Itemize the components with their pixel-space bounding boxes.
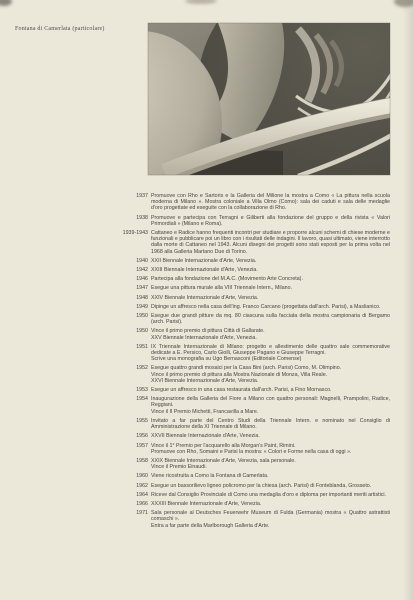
entry-paragraph: Cattaneo e Radice hanno frequenti incont… <box>151 230 390 255</box>
entry-text: XXVII Biennale Internazionale d'Arte, Ve… <box>151 433 390 439</box>
entry-year: 1939-1943 <box>117 230 151 255</box>
timeline-entry: 1955 Invitato a far parte del Centro Stu… <box>117 418 390 430</box>
entry-year: 1966 <box>117 501 151 507</box>
entry-paragraph: XXV Biennale Internazionale d'Arte, Vene… <box>151 335 390 341</box>
entry-year: 1949 <box>117 304 151 310</box>
entry-year: 1956 <box>117 433 151 439</box>
entry-year: 1953 <box>117 387 151 393</box>
timeline-entry: 1957 Vince il 1° Premio per l'acquarello… <box>117 443 390 455</box>
entry-paragraph: XXVI Biennale Internazionale d'Arte, Ven… <box>151 378 390 384</box>
entry-paragraph: Invitato a far parte del Centro Studi de… <box>151 418 390 430</box>
timeline-entry: 1964 Riceve dal Consiglio Provinciale di… <box>117 492 390 498</box>
timeline-entry: 1938 Promuove e partecipa con Terragni e… <box>117 215 390 227</box>
entry-paragraph: XXIV Biennale Internazionale d'Arte, Ven… <box>151 295 390 301</box>
scan-artifact <box>394 0 413 7</box>
entry-text: Dipinge un affresco nella casa dell'ing.… <box>151 304 390 310</box>
entry-year: 1960 <box>117 473 151 479</box>
entry-text: Promuove e partecipa con Terragni e Gili… <box>151 215 390 227</box>
entry-text: Esegue quattro grandi mosaici per la Cas… <box>151 365 390 384</box>
entry-text: Sala personale al Deutsches Feuerwehr Mu… <box>151 510 390 529</box>
timeline-entry: 1958 XXIX Biennale Internazionale d'Arte… <box>117 458 390 470</box>
entry-paragraph: Vince il II Premio Michetti, Francavilla… <box>151 409 390 415</box>
entry-text: Vince il 1° Premio per l'acquarello alla… <box>151 443 390 455</box>
page-edge-shadow <box>403 0 413 600</box>
timeline-entry: 1949 Dipinge un affresco nella casa dell… <box>117 304 390 310</box>
entry-text: XXIX Biennale Internazionale d'Arte, Ven… <box>151 458 390 470</box>
entry-paragraph: XXIII Biennale Internazionale d'Arte, Ve… <box>151 267 390 273</box>
entry-paragraph: Promuove con Rho e Sartoris e la Galleri… <box>151 193 390 212</box>
entry-text: Inaugurazione della Galleria del Fiore a… <box>151 396 390 415</box>
scan-artifact <box>0 0 12 6</box>
entry-year: 1946 <box>117 276 151 282</box>
entry-text: Cattaneo e Radice hanno frequenti incont… <box>151 230 390 255</box>
entry-year: 1940 <box>117 258 151 264</box>
entry-year: 1952 <box>117 365 151 384</box>
entry-paragraph: Riceve dal Consiglio Provinciale di Como… <box>151 492 390 498</box>
entry-text: Esegue un affresco in una casa restaurat… <box>151 387 390 393</box>
timeline-entry: 1953 Esegue un affresco in una casa rest… <box>117 387 390 393</box>
entry-text: IX Triennale Internazionale di Milano: p… <box>151 344 390 363</box>
timeline-entry: 1960 Viene ricostruita a Como la Fontana… <box>117 473 390 479</box>
entry-paragraph: Dipinge un affresco nella casa dell'ing.… <box>151 304 390 310</box>
entry-text: XXXIII Biennale Internazionale d'Arte, V… <box>151 501 390 507</box>
timeline-entry: 1962 Esegue un bassorilievo ligneo polic… <box>117 483 390 489</box>
timeline-entry: 1940 XXII Biennale Internazionale d'Arte… <box>117 258 390 264</box>
entry-year: 1954 <box>117 396 151 415</box>
entry-year: 1957 <box>117 443 151 455</box>
timeline-entry: 1966 XXXIII Biennale Internazionale d'Ar… <box>117 501 390 507</box>
entry-text: Promuove con Rho e Sartoris e la Galleri… <box>151 193 390 212</box>
entry-paragraph: Vince il Premio Einaudi. <box>151 464 390 470</box>
entry-paragraph: Scrive una monografia su Ugo Bernasconi … <box>151 356 390 362</box>
entry-text: Partecipa alla fondazione del M.A.C. (Mo… <box>151 276 390 282</box>
entry-year: 1950 <box>117 328 151 340</box>
entry-text: Viene ricostruita a Como la Fontana di C… <box>151 473 390 479</box>
timeline-entry: 1950 Vince il primo premio di pittura Ci… <box>117 328 390 340</box>
entry-text: Riceve dal Consiglio Provinciale di Como… <box>151 492 390 498</box>
timeline-entry: 1947 Esegue una pittura murale alla VIII… <box>117 285 390 291</box>
entry-text: XXII Biennale Internazionale d'Arte, Ven… <box>151 258 390 264</box>
entry-text: XXIV Biennale Internazionale d'Arte, Ven… <box>151 295 390 301</box>
entry-year: 1938 <box>117 215 151 227</box>
entry-year: 1947 <box>117 285 151 291</box>
entry-year: 1964 <box>117 492 151 498</box>
entry-text: Invitato a far parte del Centro Studi de… <box>151 418 390 430</box>
entry-year: 1971 <box>117 510 151 529</box>
entry-year: 1948 <box>117 295 151 301</box>
fontana-photo-illustration <box>148 23 390 175</box>
scan-artifact <box>185 0 217 4</box>
photo-caption: Fontana di Camerlata (particolare) <box>15 26 105 33</box>
entry-paragraph: Esegue un affresco in una casa restaurat… <box>151 387 390 393</box>
fontana-photo <box>148 23 390 175</box>
timeline-entry: 1942 XXIII Biennale Internazionale d'Art… <box>117 267 390 273</box>
timeline-entry: 1937 Promuove con Rho e Sartoris e la Ga… <box>117 193 390 212</box>
timeline-entry: 1956 XXVII Biennale Internazionale d'Art… <box>117 433 390 439</box>
entry-paragraph: Esegue un bassorilievo ligneo policromo … <box>151 483 390 489</box>
entry-paragraph: Esegue una pittura murale alla VIII Trie… <box>151 285 390 291</box>
entry-text: Esegue due grandi pitture da mq. 80 cias… <box>151 313 390 325</box>
timeline-entry: 1950 Esegue due grandi pitture da mq. 80… <box>117 313 390 325</box>
entry-year: 1955 <box>117 418 151 430</box>
entry-text: Esegue un bassorilievo ligneo policromo … <box>151 483 390 489</box>
entry-text: XXIII Biennale Internazionale d'Arte, Ve… <box>151 267 390 273</box>
timeline-entry: 1946 Partecipa alla fondazione del M.A.C… <box>117 276 390 282</box>
entry-paragraph: XXII Biennale Internazionale d'Arte, Ven… <box>151 258 390 264</box>
entry-year: 1950 <box>117 313 151 325</box>
entry-paragraph: Sala personale al Deutsches Feuerwehr Mu… <box>151 510 390 522</box>
entry-paragraph: Partecipa alla fondazione del M.A.C. (Mo… <box>151 276 390 282</box>
entry-paragraph: Promuove con Rho, Somaini e Parisi la mo… <box>151 449 390 455</box>
entry-year: 1958 <box>117 458 151 470</box>
timeline-entry: 1971 Sala personale al Deutsches Feuerwe… <box>117 510 390 529</box>
entry-year: 1937 <box>117 193 151 212</box>
entry-paragraph: IX Triennale Internazionale di Milano: p… <box>151 344 390 356</box>
timeline-entry: 1954 Inaugurazione della Galleria del Fi… <box>117 396 390 415</box>
timeline-entry: 1952 Esegue quattro grandi mosaici per l… <box>117 365 390 384</box>
entry-year: 1951 <box>117 344 151 363</box>
entry-text: Vince il primo premio di pittura Città d… <box>151 328 390 340</box>
timeline: 1937 Promuove con Rho e Sartoris e la Ga… <box>117 193 390 532</box>
entry-paragraph: XXXIII Biennale Internazionale d'Arte, V… <box>151 501 390 507</box>
entry-paragraph: Promuove e partecipa con Terragni e Gili… <box>151 215 390 227</box>
entry-paragraph: Viene ricostruita a Como la Fontana di C… <box>151 473 390 479</box>
entry-year: 1962 <box>117 483 151 489</box>
entry-paragraph: XXVII Biennale Internazionale d'Arte, Ve… <box>151 433 390 439</box>
entry-paragraph: Inaugurazione della Galleria del Fiore a… <box>151 396 390 408</box>
entry-year: 1942 <box>117 267 151 273</box>
entry-paragraph: Entra a far parte della Marlborough Gall… <box>151 523 390 529</box>
timeline-entry: 1939-1943 Cattaneo e Radice hanno freque… <box>117 230 390 255</box>
timeline-entry: 1948 XXIV Biennale Internazionale d'Arte… <box>117 295 390 301</box>
entry-text: Esegue una pittura murale alla VIII Trie… <box>151 285 390 291</box>
timeline-entry: 1951 IX Triennale Internazionale di Mila… <box>117 344 390 363</box>
entry-paragraph: Esegue due grandi pitture da mq. 80 cias… <box>151 313 390 325</box>
